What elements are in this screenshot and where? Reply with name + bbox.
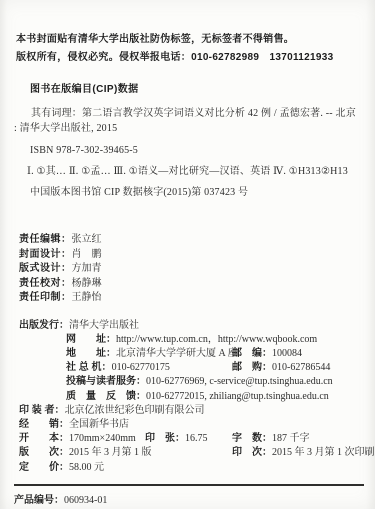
pub-label: 版 次： xyxy=(19,447,69,458)
pub-value: http://www.tup.com.cn，http://www.wqbook.… xyxy=(116,334,317,345)
pub-row-printer: 印 装 者：北京亿浓世纪彩色印刷有限公司 xyxy=(19,404,375,418)
pub-value: 2015 年 3 月第 1 版 xyxy=(69,447,152,458)
product-code-label: 产品编号： xyxy=(14,495,64,506)
credit-row-editor: 责任编辑：张立红 xyxy=(19,233,375,248)
pub-row-reader-service: 投稿与读者服务：010-62776969, c-service@tup.tsin… xyxy=(19,375,375,389)
pub-sheets: 印 张：16.75 xyxy=(145,432,208,446)
credit-value: 方加青 xyxy=(72,263,102,274)
pub-label: 社 总 机： xyxy=(66,362,112,373)
anti-piracy-line: 本书封面贴有清华大学出版社防伪标签，无标签者不得销售。 xyxy=(16,31,363,49)
credit-row-layout-design: 版式设计：方加青 xyxy=(19,262,375,277)
pub-mail-order: 邮 购：010-62786544 xyxy=(232,361,330,375)
product-code-value: 060934-01 xyxy=(64,495,107,506)
isbn-line: ISBN 978-7-302-39465-5 xyxy=(30,144,361,157)
pub-row-address: 地 址：北京清华大学学研大厦 A 座 邮 编：100084 xyxy=(19,347,375,361)
cip-classification: Ⅰ. ①其… Ⅱ. ①孟… Ⅲ. ①语义—对比研究—汉语、英语 Ⅳ. ①H313… xyxy=(27,165,361,178)
pub-label: 网 址： xyxy=(66,334,116,345)
pub-row-publisher: 出版发行：清华大学出版社 xyxy=(19,319,375,333)
anti-piracy-notice: 本书封面贴有清华大学出版社防伪标签，无标签者不得销售。 版权所有，侵权必究。侵权… xyxy=(16,31,363,67)
credit-label: 责任校对： xyxy=(19,278,72,289)
pub-label: 开 本： xyxy=(19,433,69,444)
pub-impression: 印 次：2015 年 3 月第 1 次印刷 xyxy=(232,446,375,460)
pub-value: 010-62772015, zhiliang@tup.tsinghua.edu.… xyxy=(146,391,329,402)
pub-label: 投稿与读者服务： xyxy=(66,376,146,387)
pub-label: 质 量 反 馈： xyxy=(66,391,146,402)
pub-value: 010-62770175 xyxy=(112,362,170,373)
divider-rule xyxy=(14,484,364,486)
pub-word-count: 字 数：187 千字 xyxy=(232,432,310,446)
pub-row-switchboard: 社 总 机：010-62770175 邮 购：010-62786544 xyxy=(19,361,375,375)
pub-value: 全国新华书店 xyxy=(69,419,129,430)
credit-value: 肖 鹏 xyxy=(72,249,102,260)
copyright-page: 本书封面贴有清华大学出版社防伪标签，无标签者不得销售。 版权所有，侵权必究。侵权… xyxy=(0,0,375,509)
credit-label: 责任编辑： xyxy=(19,234,72,245)
pub-value: 清华大学出版社 xyxy=(69,320,139,331)
pub-value: 北京清华大学学研大厦 A 座 xyxy=(116,348,238,359)
pub-value: 010-62776969, c-service@tup.tsinghua.edu… xyxy=(146,376,333,387)
pub-label: 经 销： xyxy=(19,419,69,430)
pub-value: 170mm×240mm xyxy=(69,433,136,444)
credit-label: 责任印制： xyxy=(19,292,72,303)
pub-label: 地 址： xyxy=(66,348,116,359)
cip-header: 图书在版编目(CIP)数据 xyxy=(30,80,375,95)
credit-value: 张立红 xyxy=(72,234,102,245)
cip-entry: 其有词理：第二语言教学汉英字词语义对比分析 42 例 / 孟德宏著. -- 北京… xyxy=(14,106,361,136)
pub-value: 北京亿浓世纪彩色印刷有限公司 xyxy=(65,405,205,416)
pub-row-price: 定 价：58.00 元 xyxy=(19,461,375,475)
copyright-report-line: 版权所有，侵权必究。侵权举报电话：010-62782989 1370112193… xyxy=(16,49,363,67)
credit-label: 封面设计： xyxy=(19,249,72,260)
credit-label: 版式设计： xyxy=(19,263,72,274)
pub-row-distributor: 经 销：全国新华书店 xyxy=(19,418,375,432)
pub-label: 定 价： xyxy=(19,462,69,473)
credit-row-proofreader: 责任校对：杨静琳 xyxy=(19,277,375,292)
pub-row-website: 网 址：http://www.tup.com.cn，http://www.wqb… xyxy=(19,333,375,347)
pub-label: 出版发行： xyxy=(19,320,69,331)
credit-row-cover-design: 封面设计：肖 鹏 xyxy=(19,248,375,263)
credit-value: 王静怡 xyxy=(72,292,102,303)
pub-row-format: 开 本：170mm×240mm 印 张：16.75 字 数：187 千字 xyxy=(19,432,375,446)
credit-value: 杨静琳 xyxy=(72,278,102,289)
pub-value: 58.00 元 xyxy=(69,462,104,473)
pub-row-edition: 版 次：2015 年 3 月第 1 版 印 次：2015 年 3 月第 1 次印… xyxy=(19,446,375,460)
credit-row-print-supervisor: 责任印制：王静怡 xyxy=(19,291,375,306)
cip-record-number: 中国版本图书馆 CIP 数据核字(2015)第 037423 号 xyxy=(30,186,361,199)
publishing-info: 出版发行：清华大学出版社 网 址：http://www.tup.com.cn，h… xyxy=(19,319,375,475)
product-code: 产品编号：060934-01 xyxy=(14,494,375,508)
credits-list: 责任编辑：张立红 封面设计：肖 鹏 版式设计：方加青 责任校对：杨静琳 责任印制… xyxy=(19,233,375,306)
pub-postcode: 邮 编：100084 xyxy=(232,347,302,361)
pub-label: 印 装 者： xyxy=(19,405,65,416)
pub-row-quality-feedback: 质 量 反 馈：010-62772015, zhiliang@tup.tsing… xyxy=(19,390,375,404)
